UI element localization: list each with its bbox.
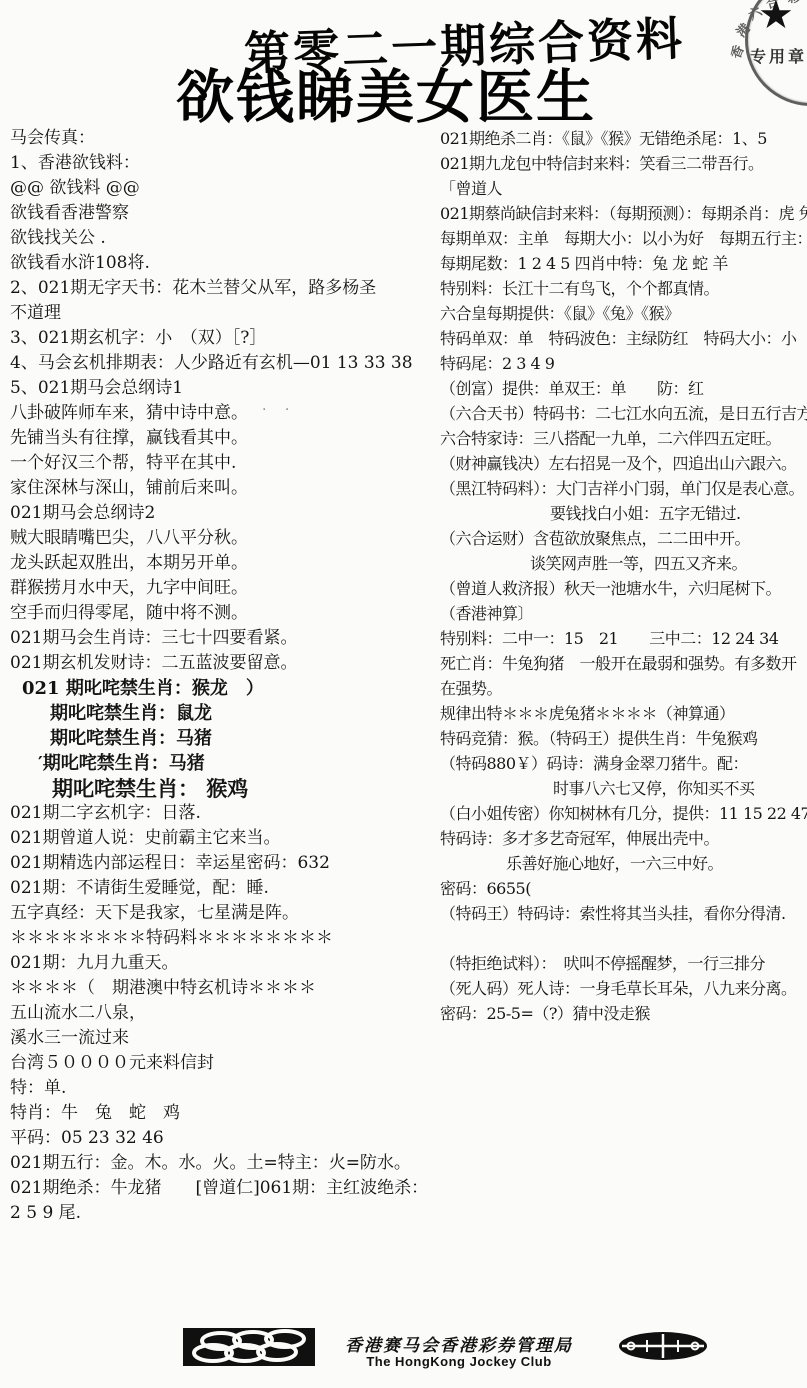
text-line: 五字真经：天下是我家，七星满是阵。 xyxy=(10,901,440,926)
text-line: （特码880￥）码诗：满身金翠刀猪牛。配： xyxy=(440,751,807,776)
text-line: 2、021期无字天书：花木兰替父从军，路多杨圣 xyxy=(10,276,440,301)
text-line: 021期玄机发财诗：二五蓝波要留意。 xyxy=(10,651,440,676)
text-line xyxy=(440,926,807,951)
text-line: 特码尾：2 3 4 9 xyxy=(440,351,807,376)
text-line: 不道理 xyxy=(10,301,440,326)
text-line: 特码单双：单 特码波色：主绿防红 特码大小：小 xyxy=(440,326,807,351)
text-line: 溪水三一流过来 xyxy=(10,1026,440,1051)
text-line: 死亡肖：牛兔狗猪 一般开在最弱和强势。有多数开 xyxy=(440,651,807,676)
text-line: 期叱咤禁生肖：马猪 xyxy=(10,726,440,751)
text-line: （特码王）特码诗：索性将其当头挂，看你分得清. xyxy=(440,901,807,926)
text-line: 021期马会生肖诗：三七十四要看紧。 xyxy=(10,626,440,651)
footer-english-name: The HongKong Jockey Club xyxy=(330,1354,588,1369)
text-line: 先铺当头有往撑，赢钱看其中。 xyxy=(10,426,440,451)
oval-emblem-logo xyxy=(618,1331,708,1366)
scan-artifact-dots: . . xyxy=(262,398,296,414)
text-line: ′期叱咤禁生肖：马猪 xyxy=(10,751,440,776)
text-line: 期叱咤禁生肖： 猴鸡 xyxy=(10,776,440,801)
text-line: 特：单. xyxy=(10,1076,440,1101)
text-line: 平码：05 23 32 46 xyxy=(10,1126,440,1151)
page-title-line2: 欲钱睇美女医生 xyxy=(176,50,596,134)
text-line: 龙头跃起双胜出，本期另开单。 xyxy=(10,551,440,576)
text-line: （白小姐传密）你知树林有几分，提供：11 15 22 47 xyxy=(440,801,807,826)
text-line: 欲钱找关公 . xyxy=(10,226,440,251)
text-line: 五山流水二八泉， xyxy=(10,1001,440,1026)
text-line: 5、021期马会总纲诗1 xyxy=(10,376,440,401)
text-line: @@ 欲钱料 @@ xyxy=(10,176,440,201)
text-line: 空手而归得零尾，随中将不测。 xyxy=(10,601,440,626)
text-line: ＊＊＊＊（ 期港澳中特玄机诗＊＊＊＊ xyxy=(10,976,440,1001)
text-line: 六合特家诗：三八搭配一九单，二六伴四五定旺。 xyxy=(440,426,807,451)
text-line: （财神赢钱决）左右招晃一及个，四追出山六跟六。 xyxy=(440,451,807,476)
text-line: 021期绝杀二肖：《鼠》《猴》无错绝杀尾：1、5 xyxy=(440,126,807,151)
text-line: 特别料：二中一：15 21 三中二：12 24 34 xyxy=(440,626,807,651)
text-line: 欲钱看香港警察 xyxy=(10,201,440,226)
seal-label: 专用章 xyxy=(750,44,807,67)
text-line: 八卦破阵师车来，猜中诗中意。 xyxy=(10,401,440,426)
left-column: 马会传真：1、香港欲钱料：@@ 欲钱料 @@欲钱看香港警察欲钱找关公 .欲钱看水… xyxy=(10,126,440,1226)
text-line: 群猴捞月水中天，九字中间旺。 xyxy=(10,576,440,601)
text-line: 要钱找白小姐：五字无错过. xyxy=(440,501,807,526)
text-line: 特肖：牛 兔 蛇 鸡 xyxy=(10,1101,440,1126)
text-line: 021期：九月九重天。 xyxy=(10,951,440,976)
text-line: 每期单双：主单 每期大小：以小为好 每期五行主：火 xyxy=(440,226,807,251)
text-line: 021期：不请街生爱睡觉，配：睡. xyxy=(10,876,440,901)
text-line: 贼大眼睛嘴巴尖，八八平分秋。 xyxy=(10,526,440,551)
text-line: 一个好汉三个帮，特平在其中. xyxy=(10,451,440,476)
text-line: 乐善好施心地好，一六三中好。 xyxy=(440,851,807,876)
text-line: 021期马会总纲诗2 xyxy=(10,501,440,526)
text-line: （创富）提供：单双王：单 防：红 xyxy=(440,376,807,401)
text-line: 六合皇每期提供：《鼠》《兔》《猴》 xyxy=(440,301,807,326)
text-line: 谈笑网声胜一等，四五又齐来。 xyxy=(440,551,807,576)
text-line: 密码：25-5=（?）猜中没走猴 xyxy=(440,1001,807,1026)
text-line: 在强势。 xyxy=(440,676,807,701)
text-line: （特拒绝试料）： 吠叫不停摇醒梦，一行三排分 xyxy=(440,951,807,976)
footer-text: 香港赛马会香港彩券管理局 The HongKong Jockey Club xyxy=(330,1331,588,1369)
text-line: ＊＊＊＊＊＊＊＊特码料＊＊＊＊＊＊＊＊ xyxy=(10,926,440,951)
text-line: 特码诗：多才多艺奇冠军，伸展出壳中。 xyxy=(440,826,807,851)
text-line: 时事八六七又停，你知买不买 xyxy=(440,776,807,801)
text-line: 特别料：长江十二有鸟飞，个个都真情。 xyxy=(440,276,807,301)
text-line: 3、021期玄机字：小 （双）［?］ xyxy=(10,326,440,351)
jockey-club-rings-logo xyxy=(183,1328,315,1370)
text-line: 1、香港欲钱料： xyxy=(10,151,440,176)
text-line: 2 5 9 尾. xyxy=(10,1201,440,1226)
text-line: 密码：6655( xyxy=(440,876,807,901)
text-line: 特码竞猜：猴。（特码王）提供生肖：牛兔猴鸡 xyxy=(440,726,807,751)
text-line: （六合运财）含苞欲放聚焦点，二二田中开。 xyxy=(440,526,807,551)
text-line: 规律出特＊＊＊虎兔猪＊＊＊＊（神算通） xyxy=(440,701,807,726)
text-line: （香港神算〕 xyxy=(440,601,807,626)
text-line: （黑江特码料）：大门吉祥小门弱，单门仅是表心意。 xyxy=(440,476,807,501)
text-line: （死人码）死人诗：一身毛草长耳朵，八九来分离。 xyxy=(440,976,807,1001)
text-line: 021期五行：金。木。水。火。土=特主：火=防水。 xyxy=(10,1151,440,1176)
text-line: 021期蔡尚缺信封来料：（每期预测）：每期杀肖：虎 兔 xyxy=(440,201,807,226)
footer-chinese-name: 香港赛马会香港彩券管理局 xyxy=(330,1331,588,1356)
text-line: 021 期叱咤禁生肖：猴龙 ） xyxy=(10,676,440,701)
text-line: 021期绝杀：牛龙猪 [曾道仁]061期：主红波绝杀： xyxy=(10,1176,440,1201)
text-line: 台湾５００００元来料信封 xyxy=(10,1051,440,1076)
text-line: 「曾道人 xyxy=(440,176,807,201)
text-line: 021期九龙包中特信封来料：笑看三二带吾行。 xyxy=(440,151,807,176)
text-line: 欲钱看水浒108将. xyxy=(10,251,440,276)
text-line: 021期二字玄机字：日落. xyxy=(10,801,440,826)
text-line: （曾道人救济报）秋天一池塘水牛，六归尾树下。 xyxy=(440,576,807,601)
text-line: （六合天书）特码书：二七江水向五流，是日五行吉方位 xyxy=(440,401,807,426)
scanned-lottery-sheet: 第零二一期综合资料 欲钱睇美女医生 香 港 六 合 彩 ★ 专用章 马会传真：1… xyxy=(0,0,807,1388)
text-line: 每期尾数：1 2 4 5 四肖中特：兔 龙 蛇 羊 xyxy=(440,251,807,276)
right-column: 021期绝杀二肖：《鼠》《猴》无错绝杀尾：1、5021期九龙包中特信封来料：笑看… xyxy=(440,126,807,1026)
text-line: 家住深林与深山，铺前后来叫。 xyxy=(10,476,440,501)
text-line: 马会传真： xyxy=(10,126,440,151)
text-line: 021期精选内部运程日：幸运星密码：632 xyxy=(10,851,440,876)
text-line: 021期曾道人说：史前霸主它来当。 xyxy=(10,826,440,851)
text-line: 期叱咤禁生肖：鼠龙 xyxy=(10,701,440,726)
text-line: 4、马会玄机排期表：人少路近有玄机—01 13 33 38 xyxy=(10,351,440,376)
lottery-seal: 香 港 六 合 彩 ★ 专用章 xyxy=(740,0,807,124)
star-icon: ★ xyxy=(758,0,794,38)
